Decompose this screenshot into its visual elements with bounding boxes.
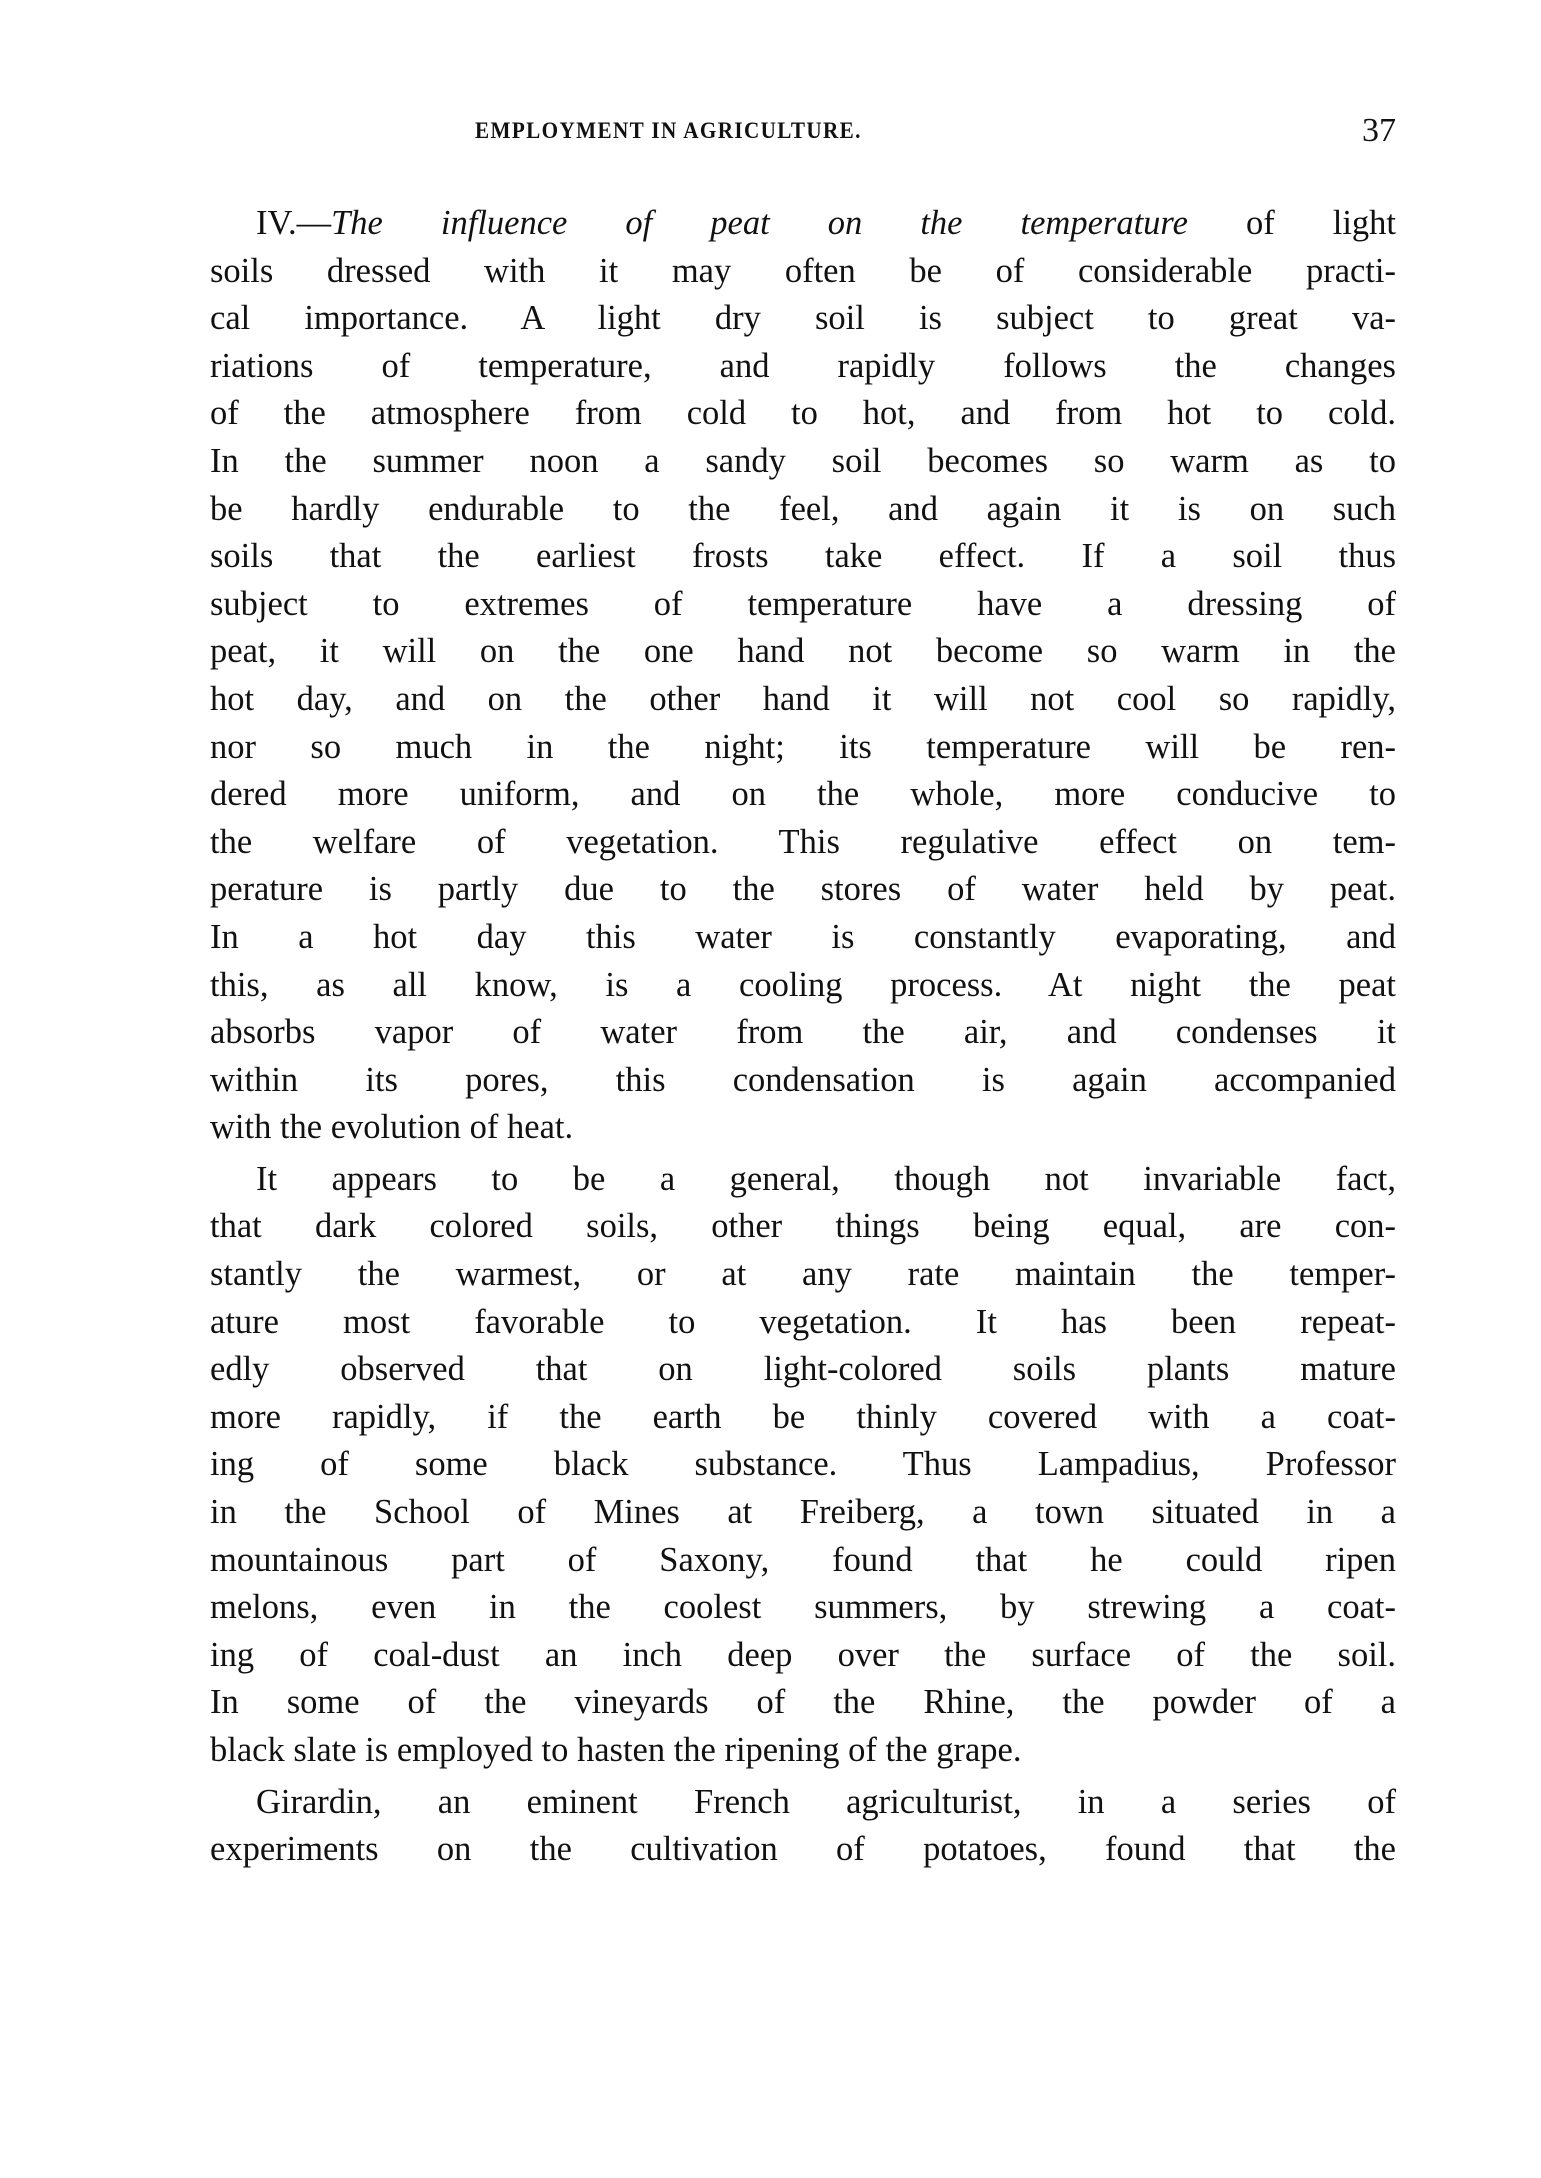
text-line: the welfare of vegetation. This regulati… — [210, 819, 1396, 867]
text-line: experiments on the cultivation of potato… — [210, 1826, 1396, 1874]
text-line: mountainous part of Saxony, found that h… — [210, 1537, 1396, 1585]
text-line: It appears to be a general, though not i… — [210, 1156, 1396, 1204]
text-line: soils that the earliest frosts take effe… — [210, 533, 1396, 581]
text-line: In a hot day this water is constantly ev… — [210, 914, 1396, 962]
text-line: edly observed that on light-colored soil… — [210, 1346, 1396, 1394]
text-line: In some of the vineyards of the Rhine, t… — [210, 1679, 1396, 1727]
page-number: 37 — [1362, 112, 1396, 150]
text-line: riations of temperature, and rapidly fol… — [210, 343, 1396, 391]
text-line: within its pores, this condensation is a… — [210, 1057, 1396, 1105]
text-line: soils dressed with it may often be of co… — [210, 248, 1396, 296]
text-line: subject to extremes of temperature have … — [210, 581, 1396, 629]
running-title: EMPLOYMENT IN AGRICULTURE. — [475, 118, 862, 144]
text-line: in the School of Mines at Freiberg, a to… — [210, 1489, 1396, 1537]
line-text: of light — [1188, 204, 1396, 242]
paragraph: IV.—The influence of peat on the tempera… — [210, 200, 1396, 1152]
text-line: absorbs vapor of water from the air, and… — [210, 1009, 1396, 1057]
text-line: Girardin, an eminent French agriculturis… — [210, 1779, 1396, 1827]
text-line: melons, even in the coolest summers, by … — [210, 1584, 1396, 1632]
text-line: with the evolution of heat. — [210, 1104, 1396, 1152]
section-number: IV.— — [256, 204, 331, 242]
text-line: cal importance. A light dry soil is subj… — [210, 295, 1396, 343]
paragraph: It appears to be a general, though not i… — [210, 1156, 1396, 1775]
text-line: IV.—The influence of peat on the tempera… — [210, 200, 1396, 248]
text-line: more rapidly, if the earth be thinly cov… — [210, 1394, 1396, 1442]
paragraph: Girardin, an eminent French agriculturis… — [210, 1779, 1396, 1874]
text-line: nor so much in the night; its temperatur… — [210, 724, 1396, 772]
text-line: ature most favorable to vegetation. It h… — [210, 1299, 1396, 1347]
text-line: perature is partly due to the stores of … — [210, 866, 1396, 914]
page-body: IV.—The influence of peat on the tempera… — [210, 200, 1396, 1874]
text-line: peat, it will on the one hand not become… — [210, 628, 1396, 676]
running-head: EMPLOYMENT IN AGRICULTURE. 37 — [210, 118, 1396, 158]
text-line: ing of coal-dust an inch deep over the s… — [210, 1632, 1396, 1680]
section-heading-italic: The influence of peat on the temperature — [331, 204, 1188, 242]
text-line: this, as all know, is a cooling process.… — [210, 962, 1396, 1010]
text-line: that dark colored soils, other things be… — [210, 1203, 1396, 1251]
text-line: black slate is employed to hasten the ri… — [210, 1727, 1396, 1775]
text-line: stantly the warmest, or at any rate main… — [210, 1251, 1396, 1299]
text-line: hot day, and on the other hand it will n… — [210, 676, 1396, 724]
book-page: EMPLOYMENT IN AGRICULTURE. 37 IV.—The in… — [0, 0, 1541, 2178]
text-line: In the summer noon a sandy soil becomes … — [210, 438, 1396, 486]
text-line: of the atmosphere from cold to hot, and … — [210, 390, 1396, 438]
text-line: dered more uniform, and on the whole, mo… — [210, 771, 1396, 819]
text-line: ing of some black substance. Thus Lampad… — [210, 1441, 1396, 1489]
text-line: be hardly endurable to the feel, and aga… — [210, 486, 1396, 534]
